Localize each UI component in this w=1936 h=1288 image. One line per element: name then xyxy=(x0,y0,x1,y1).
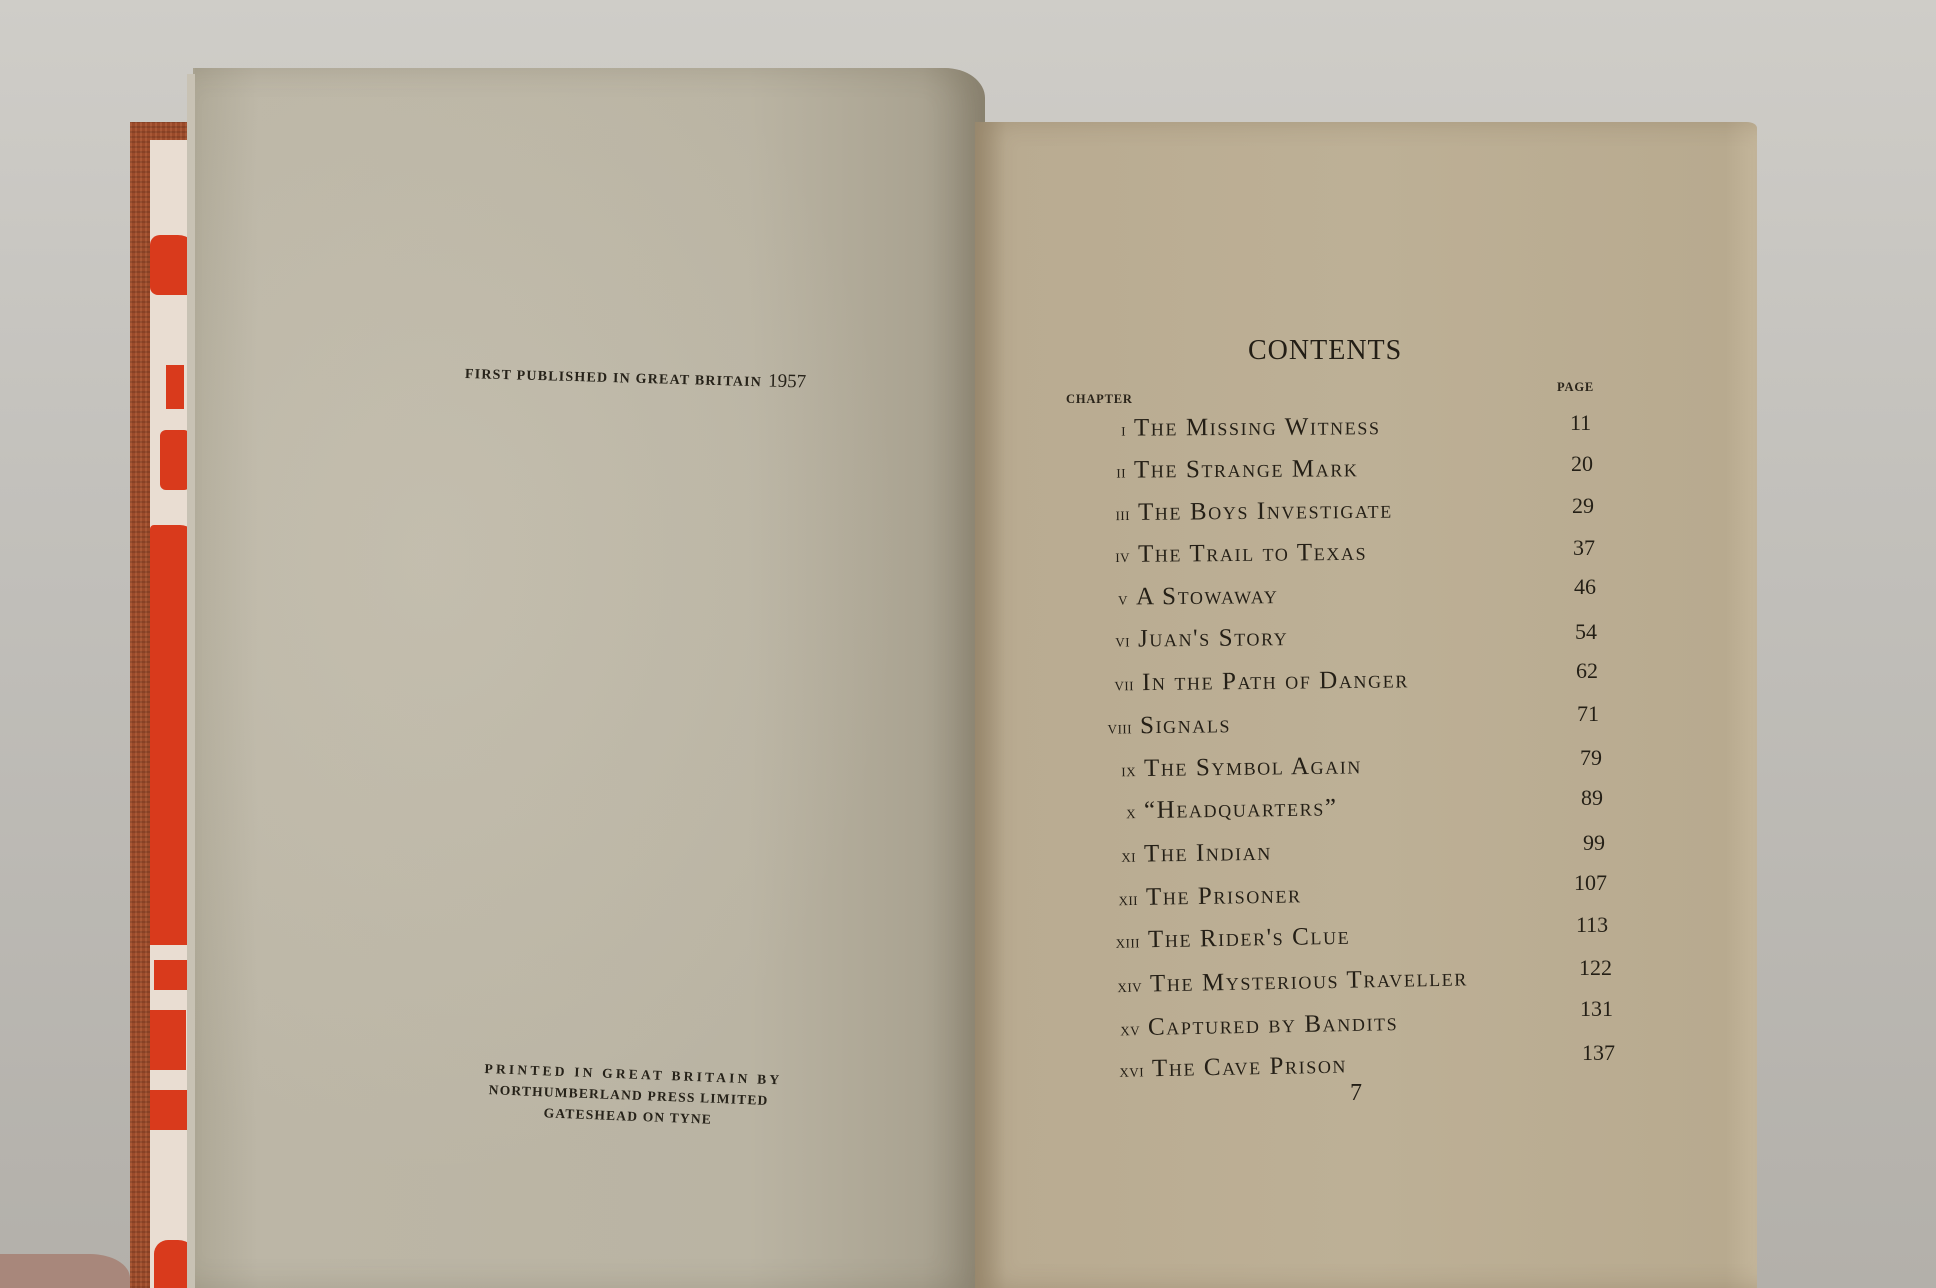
toc-page-number: 46 xyxy=(1574,574,1596,600)
chapter-title: Captured by Bandits xyxy=(1148,1009,1399,1041)
page-folio-number: 7 xyxy=(1350,1080,1362,1107)
publication-year: 1957 xyxy=(768,370,807,392)
contents-title: CONTENTS xyxy=(1248,335,1402,367)
chapter-title: The Cave Prison xyxy=(1152,1052,1348,1083)
chapter-number: V xyxy=(1090,588,1128,610)
page-column-header: PAGE xyxy=(1557,380,1594,395)
chapter-number: II xyxy=(1090,462,1126,484)
chapter-number: X xyxy=(1090,802,1136,825)
toc-page-number: 71 xyxy=(1577,701,1599,727)
book-photo: FIRST PUBLISHED IN GREAT BRITAIN1957 PRI… xyxy=(0,0,1936,1288)
toc-page-number: 99 xyxy=(1583,830,1605,856)
chapter-number: VIII xyxy=(1090,717,1132,739)
chapter-title: The Rider's Clue xyxy=(1148,923,1351,954)
recto-page xyxy=(975,122,1757,1288)
chapter-title: In the Path of Danger xyxy=(1142,666,1409,696)
toc-entry: VIJuan's Story xyxy=(1090,624,1289,654)
toc-entry: IIIThe Boys Investigate xyxy=(1090,497,1393,528)
toc-entry: IIThe Strange Mark xyxy=(1090,455,1359,484)
chapter-number: III xyxy=(1090,504,1130,526)
toc-entry: XVIThe Cave Prison xyxy=(1090,1052,1348,1085)
toc-page-number: 89 xyxy=(1581,785,1603,811)
chapter-title: Juan's Story xyxy=(1138,624,1289,652)
chapter-title: The Boys Investigate xyxy=(1138,497,1393,526)
toc-entry: IThe Missing Witness xyxy=(1090,413,1381,443)
toc-page-number: 113 xyxy=(1576,912,1608,938)
toc-page-number: 107 xyxy=(1574,870,1607,896)
chapter-number: XI xyxy=(1090,846,1136,869)
chapter-title: The Indian xyxy=(1144,839,1272,868)
chapter-title: Signals xyxy=(1140,711,1231,739)
toc-page-number: 62 xyxy=(1576,658,1598,684)
chapter-number: VII xyxy=(1090,674,1134,696)
chapter-title: The Trail to Texas xyxy=(1138,539,1367,568)
toc-page-number: 122 xyxy=(1579,955,1612,981)
toc-page-number: 79 xyxy=(1580,745,1602,771)
printer-imprint: PRINTED IN GREAT BRITAIN BY NORTHUMBERLA… xyxy=(483,1058,775,1132)
chapter-number: VI xyxy=(1090,631,1130,653)
toc-entry: VIIIn the Path of Danger xyxy=(1090,666,1409,697)
toc-page-number: 29 xyxy=(1572,493,1594,519)
toc-page-number: 137 xyxy=(1582,1040,1615,1066)
chapter-title: “Headquarters” xyxy=(1144,794,1338,824)
toc-entry: IVThe Trail to Texas xyxy=(1090,539,1367,569)
chapter-title: The Strange Mark xyxy=(1134,455,1359,483)
toc-entry: X“Headquarters” xyxy=(1090,794,1338,825)
chapter-number: XII xyxy=(1090,889,1138,912)
toc-page-number: 54 xyxy=(1575,619,1597,645)
toc-entry: VIIISignals xyxy=(1090,711,1231,740)
chapter-number: IX xyxy=(1090,760,1136,783)
chapter-title: The Mysterious Traveller xyxy=(1150,964,1468,997)
chapter-number: XIV xyxy=(1090,976,1142,999)
toc-entry: XIThe Indian xyxy=(1090,839,1272,870)
chapter-number: XV xyxy=(1090,1019,1140,1042)
toc-page-number: 11 xyxy=(1570,410,1591,436)
toc-page-number: 131 xyxy=(1580,996,1613,1022)
chapter-title: A Stowaway xyxy=(1136,582,1279,610)
toc-page-number: 37 xyxy=(1573,535,1595,561)
toc-entry: VA Stowaway xyxy=(1090,582,1279,612)
chapter-number: IV xyxy=(1090,546,1130,568)
toc-page-number: 20 xyxy=(1571,451,1593,477)
chapter-number: XIII xyxy=(1090,931,1140,954)
chapter-title: The Symbol Again xyxy=(1144,752,1362,782)
toc-entry: XIIIThe Rider's Clue xyxy=(1090,923,1351,956)
toc-entry: IXThe Symbol Again xyxy=(1090,752,1362,783)
chapter-column-header: CHAPTER xyxy=(1066,392,1133,407)
page-edge xyxy=(187,74,195,1288)
chapter-number: XVI xyxy=(1090,1060,1144,1083)
toc-entry: XIIThe Prisoner xyxy=(1090,881,1302,912)
toc-entry: XVCaptured by Bandits xyxy=(1090,1009,1399,1043)
chapter-title: The Missing Witness xyxy=(1134,413,1381,441)
chapter-title: The Prisoner xyxy=(1146,881,1302,910)
chapter-number: I xyxy=(1090,420,1126,442)
holding-thumb xyxy=(0,1254,130,1288)
